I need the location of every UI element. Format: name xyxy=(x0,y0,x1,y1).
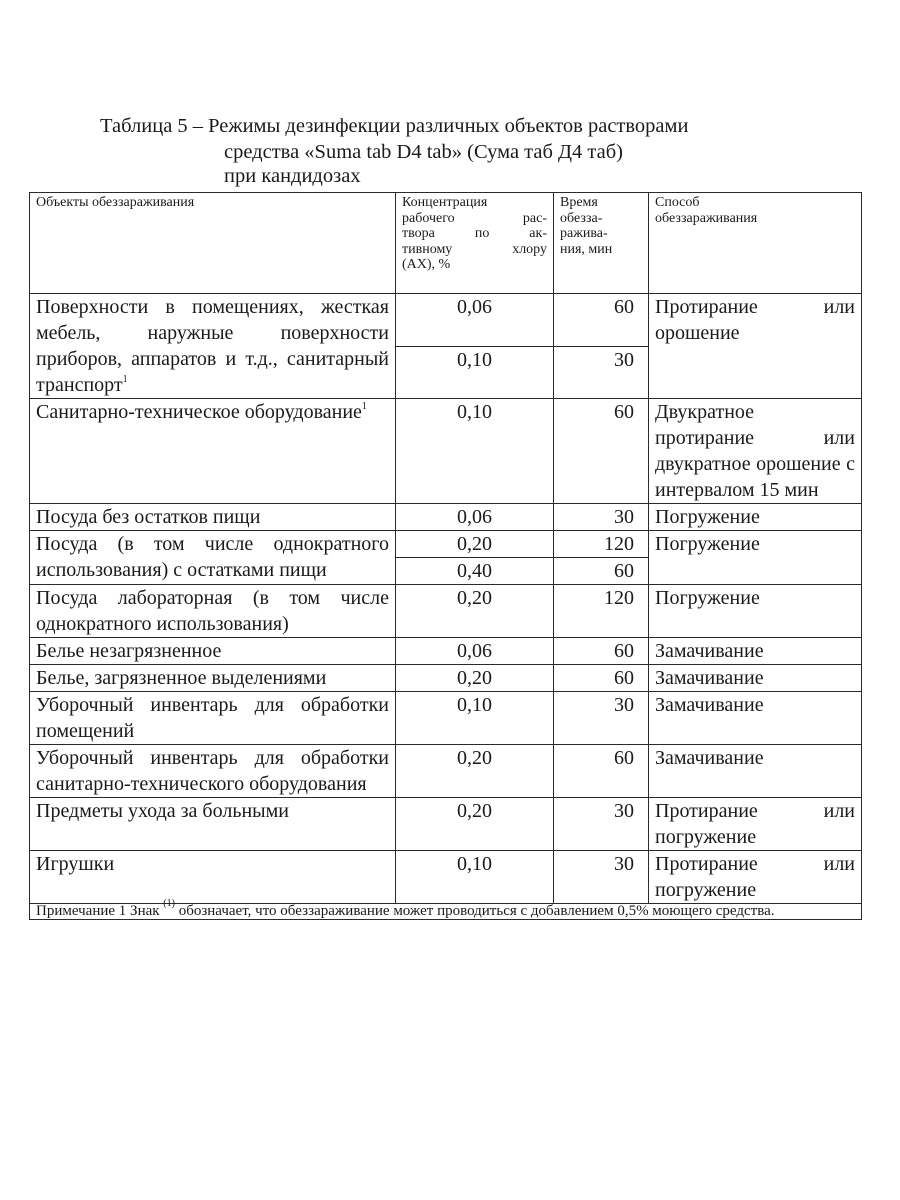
cell-time: 30 xyxy=(554,346,649,399)
cell-concentration: 0,20 xyxy=(396,745,554,798)
cell-time: 120 xyxy=(554,531,649,558)
cell-method: Протирание или погружение xyxy=(649,851,862,904)
table-row: Посуда без остатков пищи0,0630Погружение xyxy=(30,504,862,531)
disinfection-table: Объекты обеззараживания Концентрациярабо… xyxy=(29,192,862,920)
cell-concentration: 0,20 xyxy=(396,585,554,638)
header-method: Способобеззараживания xyxy=(649,193,862,294)
header-object: Объекты обеззараживания xyxy=(30,193,396,294)
cell-object: Санитарно-техническое оборудование1 xyxy=(30,399,396,504)
cell-concentration: 0,10 xyxy=(396,346,554,399)
cell-time: 60 xyxy=(554,745,649,798)
note-row: Примечание 1 Знак (1) обозначает, что об… xyxy=(30,904,862,920)
caption-line-1: Таблица 5 – Режимы дезинфекции различных… xyxy=(100,113,820,139)
cell-time: 120 xyxy=(554,585,649,638)
table-row: Посуда лабораторная (в том числе однокра… xyxy=(30,585,862,638)
cell-object: Уборочный инвентарь для обработки помеще… xyxy=(30,692,396,745)
table-row: Поверхности в помещениях, жесткая мебель… xyxy=(30,294,862,347)
cell-time: 60 xyxy=(554,558,649,585)
cell-time: 30 xyxy=(554,851,649,904)
table-row: Белье, загрязненное выделениями0,2060Зам… xyxy=(30,665,862,692)
table-note: Примечание 1 Знак (1) обозначает, что об… xyxy=(30,904,862,920)
cell-method: Двукратное протирание или двукратное оро… xyxy=(649,399,862,504)
table-row: Санитарно-техническое оборудование10,106… xyxy=(30,399,862,504)
table-row: Игрушки0,1030Протирание или погружение xyxy=(30,851,862,904)
cell-method: Замачивание xyxy=(649,745,862,798)
cell-object: Посуда лабораторная (в том числе однокра… xyxy=(30,585,396,638)
cell-method: Погружение xyxy=(649,585,862,638)
cell-time: 60 xyxy=(554,294,649,347)
cell-concentration: 0,20 xyxy=(396,665,554,692)
cell-object: Белье незагрязненное xyxy=(30,638,396,665)
cell-concentration: 0,40 xyxy=(396,558,554,585)
footnote-mark: 1 xyxy=(123,374,128,385)
cell-method: Погружение xyxy=(649,531,862,585)
cell-object: Игрушки xyxy=(30,851,396,904)
cell-method: Погружение xyxy=(649,504,862,531)
table-row: Уборочный инвентарь для обработки санита… xyxy=(30,745,862,798)
table-row: Предметы ухода за больными0,2030Протиран… xyxy=(30,798,862,851)
table-row: Посуда (в том числе однократного использ… xyxy=(30,531,862,558)
cell-method: Протирание или погружение xyxy=(649,798,862,851)
cell-object: Посуда (в том числе однократного использ… xyxy=(30,531,396,585)
cell-time: 60 xyxy=(554,638,649,665)
cell-concentration: 0,10 xyxy=(396,692,554,745)
cell-concentration: 0,10 xyxy=(396,851,554,904)
footnote-mark: 1 xyxy=(362,401,367,412)
cell-time: 30 xyxy=(554,504,649,531)
table-row: Белье незагрязненное0,0660Замачивание xyxy=(30,638,862,665)
cell-method: Замачивание xyxy=(649,692,862,745)
cell-method: Замачивание xyxy=(649,665,862,692)
caption-line-3: при кандидозах xyxy=(100,165,820,187)
cell-object: Белье, загрязненное выделениями xyxy=(30,665,396,692)
cell-concentration: 0,10 xyxy=(396,399,554,504)
cell-object: Посуда без остатков пищи xyxy=(30,504,396,531)
cell-time: 30 xyxy=(554,692,649,745)
caption-line-2: средства «Suma tab D4 tab» (Сума таб Д4 … xyxy=(100,139,820,165)
cell-concentration: 0,06 xyxy=(396,504,554,531)
cell-method: Протирание или орошение xyxy=(649,294,862,399)
cell-concentration: 0,20 xyxy=(396,798,554,851)
table-row: Уборочный инвентарь для обработки помеще… xyxy=(30,692,862,745)
cell-time: 60 xyxy=(554,399,649,504)
cell-object: Уборочный инвентарь для обработки санита… xyxy=(30,745,396,798)
cell-object: Поверхности в помещениях, жесткая мебель… xyxy=(30,294,396,399)
table-caption: Таблица 5 – Режимы дезинфекции различных… xyxy=(100,113,820,187)
cell-time: 30 xyxy=(554,798,649,851)
footnote-mark: (1) xyxy=(163,898,175,909)
header-concentration: Концентрациярабочего рас-твора по ак-тив… xyxy=(396,193,554,294)
cell-method: Замачивание xyxy=(649,638,862,665)
cell-concentration: 0,06 xyxy=(396,638,554,665)
cell-time: 60 xyxy=(554,665,649,692)
cell-concentration: 0,20 xyxy=(396,531,554,558)
cell-object: Предметы ухода за больными xyxy=(30,798,396,851)
header-row: Объекты обеззараживания Концентрациярабо… xyxy=(30,193,862,294)
cell-concentration: 0,06 xyxy=(396,294,554,347)
header-time: Времяобезза-ражива-ния, мин xyxy=(554,193,649,294)
